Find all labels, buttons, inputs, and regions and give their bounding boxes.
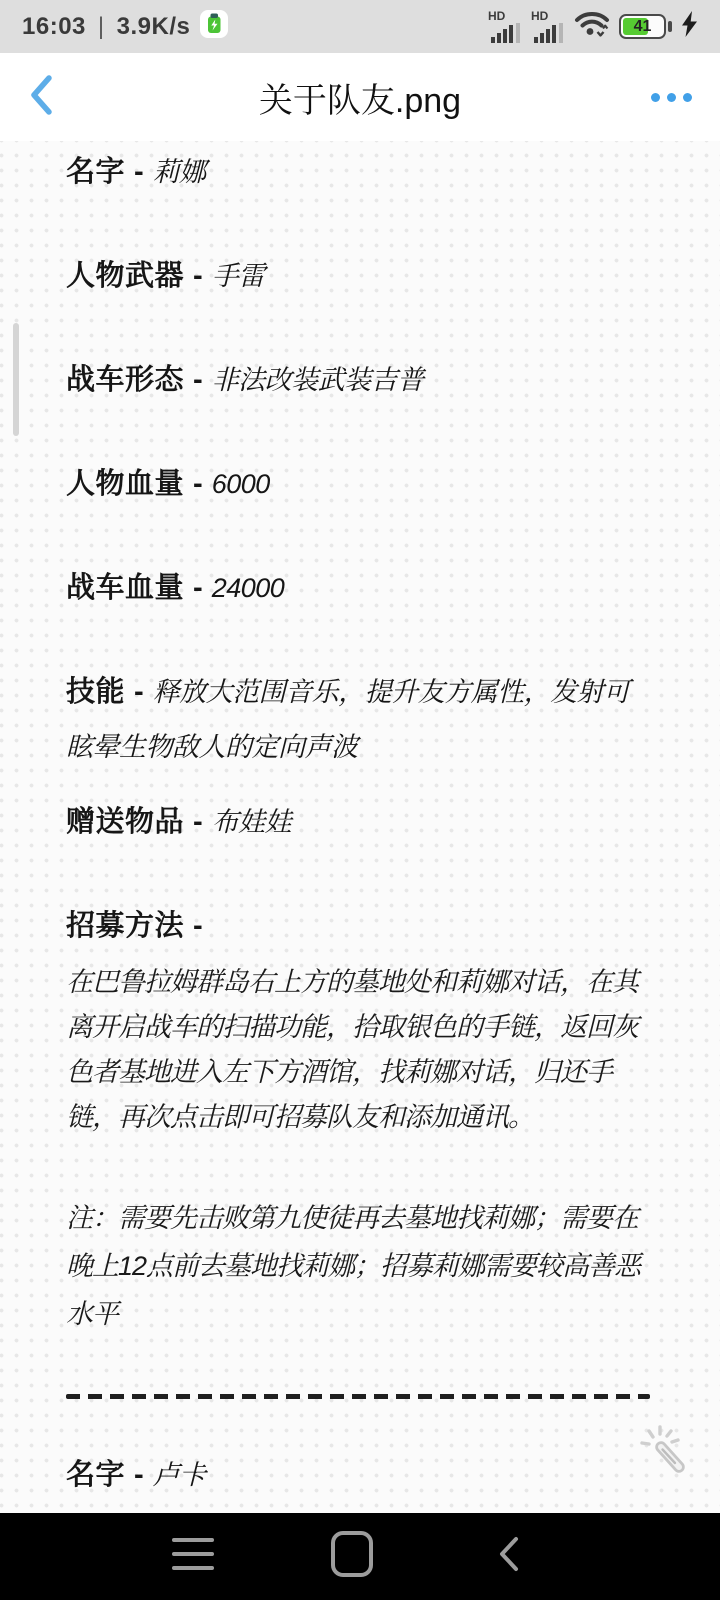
field-row-gift-item: 赠送物品-布娃娃 — [66, 802, 656, 847]
home-square-icon — [329, 1530, 375, 1583]
field-value: 6000 — [212, 469, 270, 499]
field-label: 技能 — [66, 676, 125, 708]
app-header: 关于队友.png — [0, 53, 720, 141]
field-label: 招募方法 — [66, 910, 184, 942]
home-button[interactable] — [307, 1513, 397, 1600]
navigation-bar — [0, 1513, 720, 1600]
recruit-paragraph: 在巴鲁拉姆群岛右上方的墓地处和莉娜对话，在其离开启战车的扫描功能，拾取银色的手链… — [66, 960, 656, 1140]
battery-indicator: 41 — [619, 14, 672, 39]
back-button[interactable] — [28, 67, 54, 127]
field-row-character-hp: 人物血量-6000 — [66, 464, 656, 509]
field-row-vehicle-hp: 战车血量-24000 — [66, 568, 656, 613]
field-row-vehicle-form: 战车形态-非法改装武装吉普 — [66, 360, 656, 405]
hamburger-icon — [171, 1536, 215, 1577]
more-options-button[interactable] — [651, 67, 692, 127]
field-label: 人物武器 — [66, 260, 184, 292]
field-value: 布娃娃 — [212, 807, 292, 837]
ellipsis-icon — [651, 93, 692, 102]
status-bar: 16:03 | 3.9K/s HD — [0, 0, 720, 53]
image-viewport[interactable]: 名字-莉娜 人物武器-手雷 战车形态-非法改装武装吉普 人物血量-6000 战车… — [0, 141, 720, 1513]
network-speed: 3.9K/s — [117, 13, 191, 41]
field-value: 24000 — [212, 573, 285, 603]
clock: 16:03 — [22, 13, 86, 41]
field-label: 名字 — [66, 1459, 125, 1491]
back-nav-button[interactable] — [464, 1513, 554, 1600]
wifi-icon — [574, 10, 610, 43]
field-value: 非法改装武装吉普 — [212, 365, 424, 395]
signal-sim1-icon: HD — [488, 10, 522, 43]
page-title: 关于队友.png — [0, 73, 720, 122]
field-row-next-name: 名字-卢卡 — [66, 1455, 656, 1500]
back-chevron-icon — [28, 73, 54, 122]
note-paragraph: 注：需要先击败第九使徒再去墓地找莉娜；需要在晚上12点前去墓地找莉娜；招募莉娜需… — [66, 1194, 656, 1338]
field-row-skill: 技能-释放大范围音乐，提升友方属性，发射可眩晕生物敌人的定向声波 — [66, 667, 656, 777]
field-value: 莉娜 — [153, 157, 206, 187]
field-label: 战车血量 — [66, 572, 184, 604]
field-row-recruit-method: 招募方法- — [66, 906, 656, 951]
field-value: 卢卡 — [153, 1460, 206, 1490]
field-label: 人物血量 — [66, 468, 184, 500]
status-separator: | — [96, 13, 107, 41]
phone-screen: 16:03 | 3.9K/s HD — [0, 0, 720, 1600]
battery-percent: 41 — [621, 16, 664, 37]
field-row-weapon: 人物武器-手雷 — [66, 256, 656, 301]
field-label: 赠送物品 — [66, 806, 184, 838]
field-row-name: 名字-莉娜 — [66, 152, 656, 197]
back-nav-chevron-icon — [497, 1535, 521, 1578]
dashed-divider — [66, 1394, 650, 1399]
signal-sim2-icon: HD — [531, 10, 565, 43]
battery-saver-app-icon — [200, 10, 228, 43]
recents-menu-button[interactable] — [148, 1513, 238, 1600]
field-label: 名字 — [66, 156, 125, 188]
field-value: 手雷 — [212, 261, 265, 291]
field-label: 战车形态 — [66, 364, 184, 396]
scrollbar-thumb[interactable] — [13, 323, 19, 436]
charging-bolt-icon — [681, 11, 698, 42]
